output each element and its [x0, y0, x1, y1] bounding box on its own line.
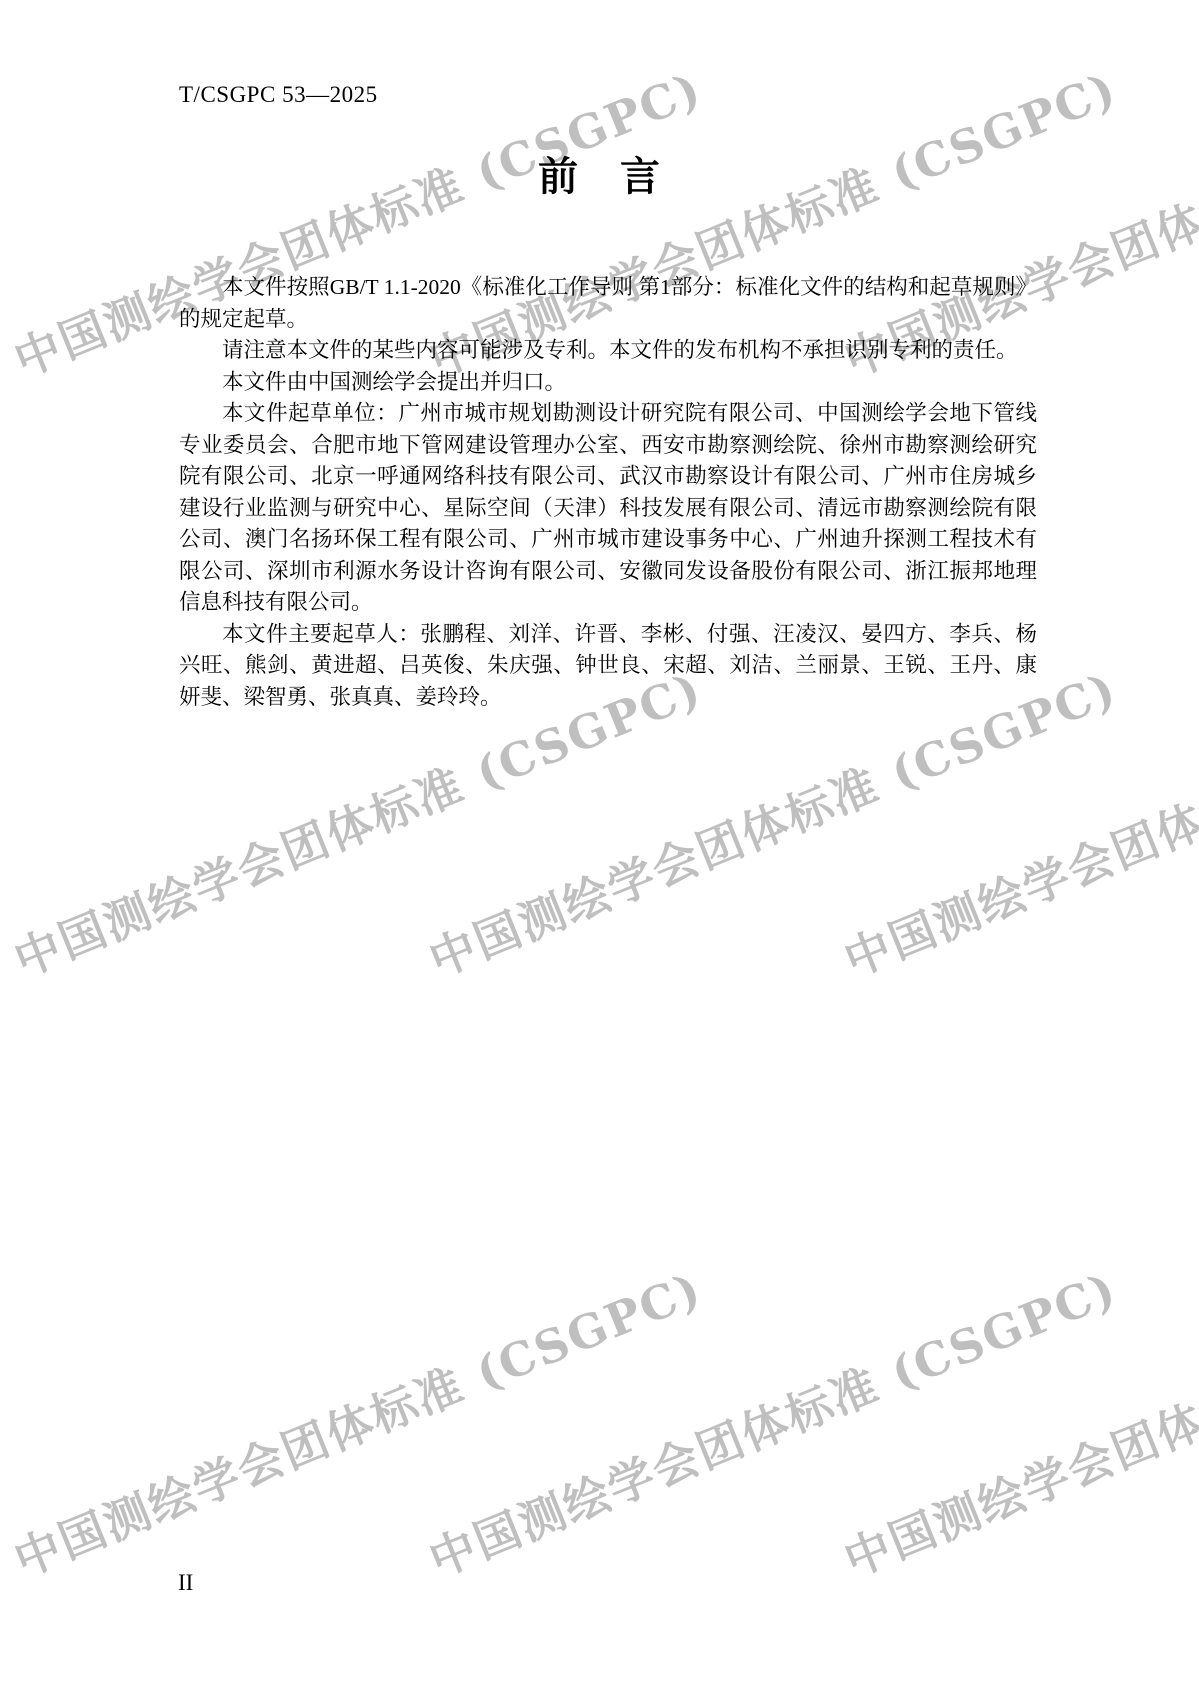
- foreword-paragraph: 请注意本文件的某些内容可能涉及专利。本文件的发布机构不承担识别专利的责任。: [179, 335, 1037, 367]
- foreword-paragraph: 本文件起草单位：广州市城市规划勘测设计研究院有限公司、中国测绘学会地下管线专业委…: [179, 398, 1037, 619]
- foreword-paragraph: 本文件主要起草人：张鹏程、刘洋、许晋、李彬、付强、汪凌汉、晏四方、李兵、杨兴旺、…: [179, 619, 1037, 714]
- foreword-paragraph: 本文件按照GB/T 1.1-2020《标准化工作导则 第1部分：标准化文件的结构…: [179, 272, 1037, 335]
- doc-code: T/CSGPC 53—2025: [179, 82, 378, 108]
- page-content: T/CSGPC 53—2025 前 言 本文件按照GB/T 1.1-2020《标…: [0, 0, 1199, 1696]
- page-title: 前 言: [0, 154, 1199, 200]
- page-number: II: [178, 1570, 193, 1596]
- foreword-body: 本文件按照GB/T 1.1-2020《标准化工作导则 第1部分：标准化文件的结构…: [179, 272, 1037, 713]
- foreword-paragraph: 本文件由中国测绘学会提出并归口。: [179, 367, 1037, 399]
- document-page: 中国测绘学会团体标准 (CSGPC)中国测绘学会团体标准 (CSGPC)中国测绘…: [0, 0, 1199, 1696]
